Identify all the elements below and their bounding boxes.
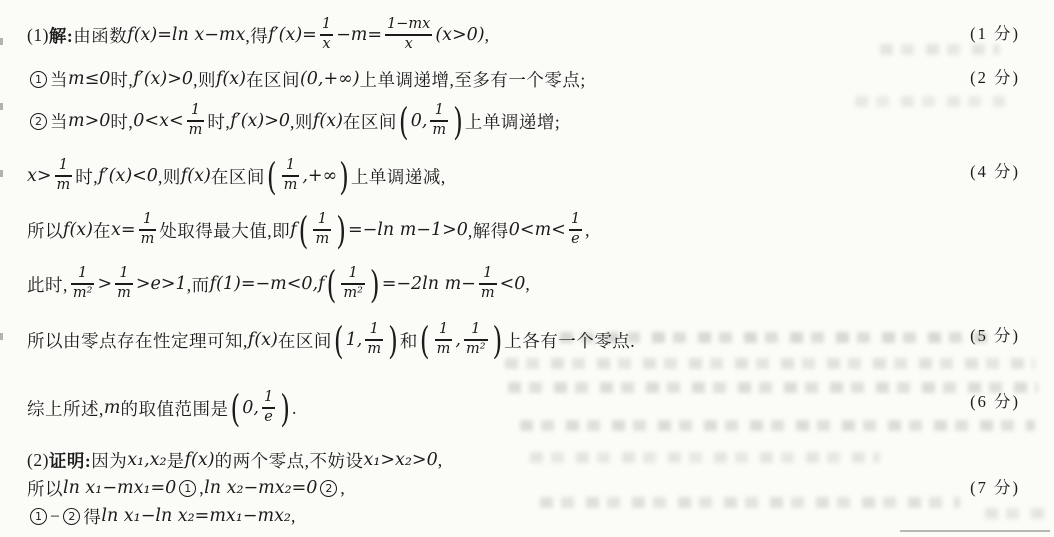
fraction-numerator: 1: [368, 322, 381, 338]
fraction: 1m: [282, 158, 300, 193]
fraction-numerator: 1: [469, 322, 482, 338]
math-run: =−ln m−1>0: [348, 220, 468, 240]
text-run: (1): [27, 25, 49, 46]
fraction-numerator: 1: [569, 212, 582, 228]
solution-line: (1)解:由函数 f(x)=ln x−mx,得 f′(x)=1x−m=1−mxx…: [27, 10, 1020, 60]
fraction-denominator: m²: [464, 342, 488, 358]
math-run: ln x₁−mx₁=0: [63, 478, 176, 498]
math-run: >e>1: [136, 274, 187, 294]
fraction-denominator: m: [115, 286, 133, 302]
fraction-numerator: 1: [76, 266, 89, 282]
fraction-numerator: 1: [481, 266, 494, 282]
math-run: 0<x<: [133, 111, 183, 131]
text-run: 是: [167, 448, 185, 473]
line-content: (2)证明:因为 x₁,x₂ 是 f(x)的两个零点,不妨设x₁>x₂>0,: [27, 448, 443, 473]
text-run: ,则: [290, 109, 313, 134]
fraction: 1m²: [341, 266, 365, 301]
text-run: 上各有一个零点.: [504, 328, 635, 353]
fraction: 1m: [365, 322, 383, 357]
fraction-denominator: m: [430, 123, 448, 139]
solution-line: 所以 f(x)在 x=1m处取得最大值,即 f(1m)=−ln m−1>0,解得…: [27, 204, 1020, 256]
fraction: 1m: [187, 103, 205, 138]
bold-label: 证明:: [49, 448, 91, 473]
score-mark: (1 分): [970, 10, 1020, 44]
solution-line: 综上所述,m 的取值范围是(0,1e).(6 分): [27, 378, 1020, 438]
fraction-numerator: 1−mx: [385, 17, 432, 33]
text-run: ,解得: [468, 218, 509, 243]
text-run: 当: [50, 109, 68, 134]
fraction: 1x: [320, 17, 333, 52]
fraction-numerator: 1: [117, 266, 130, 282]
math-run: ln x₂−mx₂=0: [204, 478, 317, 498]
text-run: 所以由零点存在性定理可知,: [27, 328, 248, 353]
fraction-denominator: m: [479, 286, 497, 302]
fraction-denominator: m: [187, 123, 205, 139]
fraction-denominator: m: [313, 232, 331, 248]
text-run: 在区间: [246, 67, 300, 92]
line-content: 所以 f(x)在 x=1m处取得最大值,即 f(1m)=−ln m−1>0,解得…: [27, 212, 590, 247]
fraction-numerator: 1: [347, 266, 360, 282]
math-run: f(x): [185, 450, 215, 470]
fraction-denominator: e: [262, 410, 275, 426]
solution-line: 此时,1m²>1m>e>1,而 f(1)=−m<0,f(1m²)=−2ln m−…: [27, 256, 1020, 312]
math-run: f′(x)>0: [230, 111, 290, 131]
big-paren: (: [299, 211, 309, 249]
text-run: 和: [400, 328, 418, 353]
math-run: x₁>x₂>0: [363, 450, 437, 470]
big-paren: ): [336, 211, 346, 249]
solution-line: 1−2得 ln x₁−ln x₂=mx₁−mx₂,: [27, 502, 1020, 530]
solution-line: 2当 m>0 时,0<x<1m时,f′(x)>0,则 f(x)在区间(0,1m)…: [27, 94, 1020, 148]
fraction: 1m: [55, 158, 73, 193]
circled-number: 2: [30, 113, 47, 130]
fraction-denominator: m: [55, 178, 73, 194]
line-content: (1)解:由函数 f(x)=ln x−mx,得 f′(x)=1x−m=1−mxx…: [27, 17, 490, 52]
text-run: 当: [50, 67, 68, 92]
text-run: ,则: [158, 164, 181, 189]
big-paren: (: [334, 321, 344, 359]
answer-sheet-page: (1)解:由函数 f(x)=ln x−mx,得 f′(x)=1x−m=1−mxx…: [0, 0, 1054, 537]
solution-text-block: (1)解:由函数 f(x)=ln x−mx,得 f′(x)=1x−m=1−mxx…: [0, 0, 1054, 530]
big-paren: ): [453, 102, 463, 140]
math-run: 0,: [242, 398, 259, 418]
circled-number: 1: [30, 508, 47, 525]
text-run: 的两个零点,不妨设: [215, 448, 364, 473]
math-run: f(x): [313, 111, 343, 131]
line-content: 所以由零点存在性定理可知,f(x)在区间(1,1m)和(1m,1m²)上各有一个…: [27, 322, 635, 357]
math-run: x=: [111, 220, 136, 240]
fraction-denominator: e: [569, 232, 582, 248]
fraction-denominator: m²: [71, 286, 95, 302]
fraction-denominator: m: [139, 232, 157, 248]
big-paren: (: [399, 102, 409, 140]
score-mark: (4 分): [970, 148, 1020, 182]
text-run: ,而: [187, 272, 210, 297]
math-run: 0<m<: [509, 220, 566, 240]
solution-line: x>1m时,f′(x)<0,则 f(x)在区间(1m,+∞)上单调递减,(4 分…: [27, 148, 1020, 204]
math-run: x₁,x₂: [127, 450, 166, 470]
math-run: m>0: [68, 111, 110, 131]
text-run: −: [50, 506, 60, 527]
text-run: 在区间: [278, 328, 332, 353]
line-content: 1当 m≤0 时,f′(x)>0,则 f(x)在区间(0,+∞)上单调递增,至多…: [27, 67, 586, 92]
line-content: x>1m时,f′(x)<0,则 f(x)在区间(1m,+∞)上单调递减,: [27, 158, 446, 193]
math-run: ,: [455, 330, 461, 350]
line-content: 1−2得 ln x₁−ln x₂=mx₁−mx₂,: [27, 504, 296, 529]
math-run: =−2ln m−: [382, 274, 476, 294]
fraction-denominator: x: [403, 37, 415, 53]
circled-number: 2: [63, 508, 80, 525]
text-run: 在区间: [211, 164, 265, 189]
fraction: 1−mxx: [385, 17, 432, 52]
math-run: (0,+∞): [300, 69, 360, 89]
fraction: 1m: [430, 103, 448, 138]
text-run: 的取值范围是: [120, 396, 228, 421]
text-run: ,得: [245, 23, 268, 48]
math-run: x>: [27, 166, 52, 186]
fraction-denominator: m: [435, 342, 453, 358]
text-run: ,则: [193, 67, 216, 92]
fraction-numerator: 1: [262, 390, 275, 406]
score-mark: (5 分): [970, 312, 1020, 346]
circled-number: 1: [179, 480, 196, 497]
math-run: m: [104, 398, 121, 418]
math-run: 1,: [346, 330, 363, 350]
line-content: 2当 m>0 时,0<x<1m时,f′(x)>0,则 f(x)在区间(0,1m)…: [27, 103, 560, 138]
fraction-numerator: 1: [433, 103, 446, 119]
text-run: (2): [27, 450, 49, 471]
line-content: 此时,1m²>1m>e>1,而 f(1)=−m<0,f(1m²)=−2ln m−…: [27, 266, 530, 301]
fraction: 1m: [313, 212, 331, 247]
big-paren: ): [370, 265, 380, 303]
fraction-numerator: 1: [320, 17, 333, 33]
score-mark: (2 分): [970, 64, 1020, 88]
math-run: ,+∞: [302, 166, 337, 186]
text-run: 时,: [110, 109, 133, 134]
bold-label: 解:: [49, 23, 73, 48]
fraction-denominator: m²: [341, 286, 365, 302]
text-run: 由函数: [73, 23, 127, 48]
fraction: 1m²: [71, 266, 95, 301]
math-run: 0,: [411, 111, 428, 131]
fraction-numerator: 1: [316, 212, 329, 228]
text-run: 因为: [91, 448, 127, 473]
text-run: 综上所述,: [27, 396, 104, 421]
math-run: m≤0: [68, 69, 110, 89]
text-run: ,: [340, 478, 345, 499]
fraction-numerator: 1: [141, 212, 154, 228]
text-run: 上单调递增,至多有一个零点;: [360, 67, 586, 92]
math-run: <0: [500, 274, 526, 294]
text-run: 所以: [27, 218, 63, 243]
math-run: f′(x)>0: [133, 69, 193, 89]
text-run: ,: [585, 220, 590, 241]
fraction-denominator: m: [282, 178, 300, 194]
math-run: f(1)=−m<0,f: [210, 274, 325, 294]
big-paren: (: [420, 321, 430, 359]
math-run: f′(x)=: [268, 25, 317, 45]
fraction-numerator: 1: [57, 158, 70, 174]
text-run: 时,: [75, 164, 98, 189]
big-paren: (: [230, 389, 240, 427]
fraction: 1e: [262, 390, 275, 425]
big-paren: (: [327, 265, 337, 303]
math-run: f(x): [248, 330, 278, 350]
text-run: 所以: [27, 476, 63, 501]
solution-line: 1当 m≤0 时,f′(x)>0,则 f(x)在区间(0,+∞)上单调递增,至多…: [27, 64, 1020, 94]
text-run: ,: [291, 506, 296, 527]
text-run: 在: [93, 218, 111, 243]
big-paren: ): [493, 321, 503, 359]
math-run: −m=: [336, 25, 382, 45]
text-run: 上单调递增;: [465, 109, 560, 134]
math-run: f′(x)<0: [98, 166, 158, 186]
math-run: f(x): [63, 220, 93, 240]
math-run: f: [290, 220, 296, 240]
solution-line: (2)证明:因为 x₁,x₂ 是 f(x)的两个零点,不妨设x₁>x₂>0,: [27, 446, 1020, 474]
text-run: .: [292, 398, 297, 419]
fraction: 1m²: [464, 322, 488, 357]
fraction-numerator: 1: [284, 158, 297, 174]
text-run: 上单调递减,: [351, 164, 446, 189]
text-run: ,: [485, 25, 490, 46]
bleedthrough-rule-line: [900, 530, 1050, 532]
circled-number: 1: [30, 71, 47, 88]
score-mark: (6 分): [970, 378, 1020, 412]
score-mark: (7 分): [970, 474, 1020, 498]
big-paren: ): [339, 157, 349, 195]
big-paren: ): [388, 321, 398, 359]
line-content: 综上所述,m 的取值范围是(0,1e).: [27, 390, 297, 425]
fraction-denominator: x: [320, 37, 332, 53]
math-run: f(x)=ln x−mx: [127, 25, 245, 45]
text-run: ,: [525, 274, 530, 295]
fraction-numerator: 1: [189, 103, 202, 119]
fraction-numerator: 1: [437, 322, 450, 338]
fraction: 1e: [569, 212, 582, 247]
text-run: 在区间: [343, 109, 397, 134]
fraction: 1m: [479, 266, 497, 301]
math-run: f(x): [181, 166, 211, 186]
text-run: 时,: [207, 109, 230, 134]
text-run: 得: [83, 504, 101, 529]
text-run: 处取得最大值,即: [159, 218, 290, 243]
circled-number: 2: [320, 480, 337, 497]
solution-line: 所以由零点存在性定理可知,f(x)在区间(1,1m)和(1m,1m²)上各有一个…: [27, 312, 1020, 368]
fraction-denominator: m: [365, 342, 383, 358]
fraction: 1m: [115, 266, 133, 301]
fraction: 1m: [139, 212, 157, 247]
fraction: 1m: [435, 322, 453, 357]
line-content: 所以 ln x₁−mx₁=0 1,ln x₂−mx₂=0 2,: [27, 476, 345, 501]
math-run: (x>0): [435, 25, 484, 45]
text-run: 此时,: [27, 272, 68, 297]
big-paren: (: [267, 157, 277, 195]
text-run: ,: [438, 450, 443, 471]
math-run: ln x₁−ln x₂=mx₁−mx₂: [101, 506, 291, 526]
big-paren: ): [280, 389, 290, 427]
math-run: >: [97, 274, 112, 294]
math-run: f(x): [216, 69, 246, 89]
solution-line: 所以 ln x₁−mx₁=0 1,ln x₂−mx₂=0 2,(7 分): [27, 474, 1020, 502]
text-run: 时,: [110, 67, 133, 92]
